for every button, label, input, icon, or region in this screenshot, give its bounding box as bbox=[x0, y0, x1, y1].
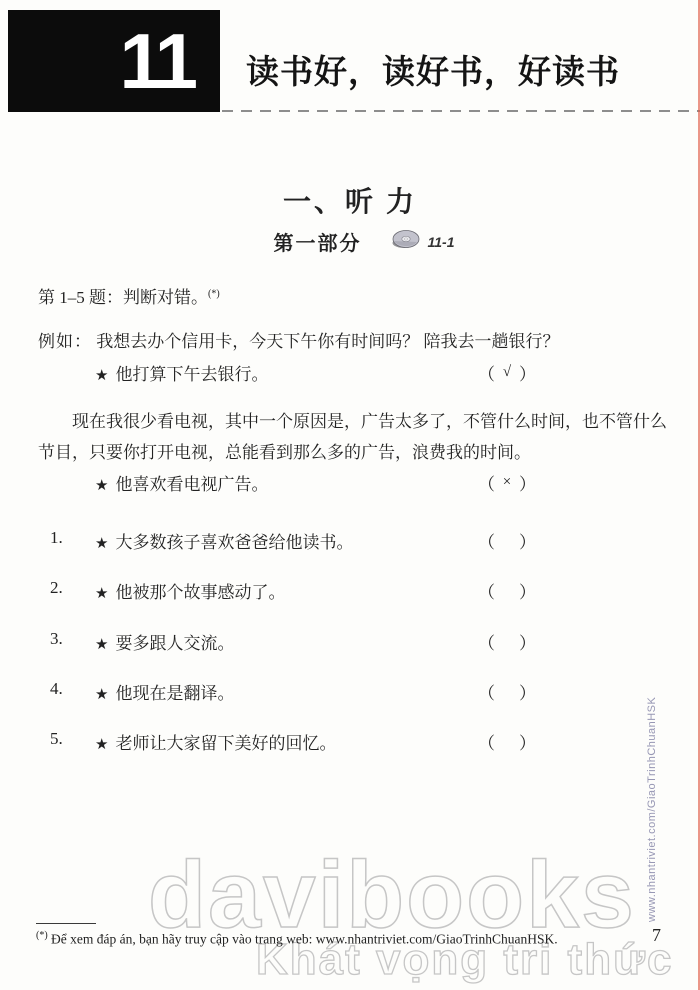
answer-parens: （ × ） bbox=[478, 470, 536, 495]
star-icon: ★ bbox=[95, 536, 108, 552]
paren-open: （ bbox=[478, 578, 495, 603]
paren-close: ） bbox=[519, 528, 536, 553]
footnote-mark: (*) bbox=[36, 930, 48, 941]
paren-open: （ bbox=[478, 470, 495, 495]
passage-line: 现在我很少看电视，其中一个原因是，广告太多了，不管什么时间，也不管什么 bbox=[38, 406, 668, 437]
part-row: 第一部分 11-1 bbox=[14, 227, 700, 256]
example-statement: ★他打算下午去银行。 bbox=[95, 360, 268, 385]
header-dashed-divider bbox=[222, 110, 700, 112]
item-number: 4. bbox=[50, 679, 63, 699]
item-row: 3. ★要多跟人交流。 （ ） bbox=[0, 629, 700, 653]
exercise-instructions: 第 1–5 题：判断对错。(*) bbox=[38, 283, 220, 308]
answer-parens: （ ） bbox=[478, 679, 536, 704]
footnote-text: Để xem đáp án, bạn hãy truy cập vào tran… bbox=[51, 932, 558, 947]
item-statement: ★老师让大家留下美好的回忆。 bbox=[95, 729, 336, 754]
paren-open: （ bbox=[478, 360, 495, 385]
footnote: (*) Để xem đáp án, bạn hãy truy cập vào … bbox=[36, 930, 558, 948]
example2-statement: ★他喜欢看电视广告。 bbox=[95, 470, 268, 495]
example-row: 例如： 我想去办个信用卡，今天下午你有时间吗？ 陪我去一趟银行？ bbox=[38, 327, 560, 352]
item-row: 2. ★他被那个故事感动了。 （ ） bbox=[0, 578, 700, 602]
book-page: 11 读书好，读好书，好读书 一、听 力 第一部分 11-1 第 1–5 题：判… bbox=[0, 0, 700, 990]
answer-parens: （ ） bbox=[478, 528, 536, 553]
item-statement: ★他现在是翻译。 bbox=[95, 679, 234, 704]
section-title: 一、听 力 bbox=[0, 180, 700, 220]
star-icon: ★ bbox=[95, 586, 108, 602]
page-number: 7 bbox=[652, 925, 661, 946]
answer-parens: （ ） bbox=[478, 729, 536, 754]
answer-parens: （ √ ） bbox=[478, 360, 536, 385]
listening-passage: 现在我很少看电视，其中一个原因是，广告太多了，不管什么时间，也不管什么 节目，只… bbox=[38, 406, 668, 468]
part-label: 第一部分 bbox=[274, 227, 362, 256]
item-number: 2. bbox=[50, 578, 63, 598]
item-statement: ★大多数孩子喜欢爸爸给他读书。 bbox=[95, 528, 353, 553]
item-number: 3. bbox=[50, 629, 63, 649]
star-icon: ★ bbox=[95, 478, 108, 494]
item-number: 5. bbox=[50, 729, 63, 749]
paren-close: ） bbox=[519, 629, 536, 654]
paren-close: ） bbox=[519, 470, 536, 495]
paren-open: （ bbox=[478, 629, 495, 654]
item-statement: ★他被那个故事感动了。 bbox=[95, 578, 285, 603]
paren-open: （ bbox=[478, 729, 495, 754]
statement-text: 大多数孩子喜欢爸爸给他读书。 bbox=[115, 533, 353, 552]
lesson-number: 11 bbox=[120, 22, 194, 100]
example-prompt: 我想去办个信用卡，今天下午你有时间吗？ 陪我去一趟银行？ bbox=[96, 332, 559, 351]
statement-text: 他现在是翻译。 bbox=[115, 684, 234, 703]
statement-text: 他打算下午去银行。 bbox=[115, 365, 268, 384]
star-icon: ★ bbox=[95, 368, 108, 384]
lesson-banner: 11 bbox=[8, 10, 220, 112]
paren-close: ） bbox=[519, 679, 536, 704]
answer-parens: （ ） bbox=[478, 629, 536, 654]
answer-value: √ bbox=[503, 364, 511, 381]
statement-text: 他喜欢看电视广告。 bbox=[115, 475, 268, 494]
sidebar-vertical-url: www.nhantriviet.com/GiaoTrinhChuanHSK bbox=[646, 906, 700, 922]
watermark-davibooks: davibooks bbox=[148, 848, 636, 943]
answer-parens: （ ） bbox=[478, 578, 536, 603]
statement-text: 老师让大家留下美好的回忆。 bbox=[115, 734, 336, 753]
passage-line: 节目，只要你打开电视，总能看到那么多的广告，浪费我的时间。 bbox=[38, 437, 668, 468]
paren-close: ） bbox=[519, 729, 536, 754]
lesson-title: 读书好，读好书，好读书 bbox=[246, 46, 620, 93]
cd-disc-icon bbox=[390, 227, 422, 256]
item-row: 5. ★老师让大家留下美好的回忆。 （ ） bbox=[0, 729, 700, 753]
instructions-text: 第 1–5 题：判断对错。 bbox=[38, 288, 208, 307]
answer-value: × bbox=[503, 474, 511, 491]
paren-close: ） bbox=[519, 578, 536, 603]
item-statement: ★要多跟人交流。 bbox=[95, 629, 234, 654]
audio-track-label: 11-1 bbox=[428, 234, 455, 250]
paren-open: （ bbox=[478, 528, 495, 553]
star-icon: ★ bbox=[95, 737, 108, 753]
star-icon: ★ bbox=[95, 637, 108, 653]
item-row: 4. ★他现在是翻译。 （ ） bbox=[0, 679, 700, 703]
footnote-divider bbox=[36, 923, 96, 924]
footnote-mark-sup: (*) bbox=[208, 288, 220, 299]
paren-close: ） bbox=[519, 360, 536, 385]
example-label: 例如： bbox=[38, 332, 92, 351]
star-icon: ★ bbox=[95, 687, 108, 703]
item-number: 1. bbox=[50, 528, 63, 548]
statement-text: 他被那个故事感动了。 bbox=[115, 583, 285, 602]
paren-open: （ bbox=[478, 679, 495, 704]
item-row: 1. ★大多数孩子喜欢爸爸给他读书。 （ ） bbox=[0, 528, 700, 552]
statement-text: 要多跟人交流。 bbox=[115, 634, 234, 653]
